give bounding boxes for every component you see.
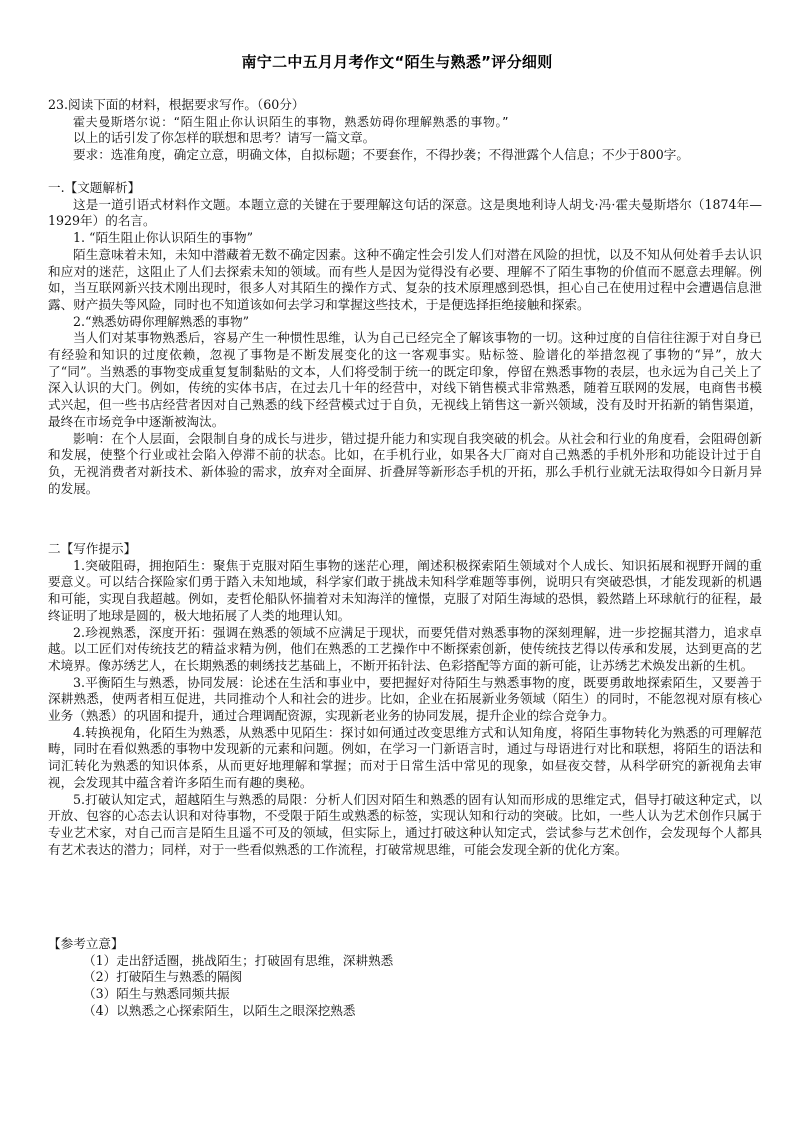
- reference-theme-3: （3）陌生与熟悉同频共振: [48, 986, 762, 1003]
- writing-tip-5: 5.打破认知定式，超越陌生与熟悉的局限：分析人们因对陌生和熟悉的固有认知而形成的…: [48, 792, 762, 859]
- question-followup: 以上的话引发了你怎样的联想和思考？请写一篇文章。: [48, 130, 762, 147]
- question-prompt: 23.阅读下面的材料，根据要求写作。（60分）: [48, 97, 762, 114]
- writing-tip-1: 1.突破阻碍，拥抱陌生：聚焦于克服对陌生事物的迷茫心理，阐述积极探索陌生领域对个…: [48, 558, 762, 625]
- analysis-sub2-title: 2.“熟悉妨碍你理解熟悉的事物”: [48, 314, 762, 331]
- reference-theme-4: （4）以熟悉之心探索陌生，以陌生之眼深挖熟悉: [48, 1003, 762, 1020]
- section-writing-tips: 二【写作提示】 1.突破阻碍，拥抱陌生：聚焦于克服对陌生事物的迷茫心理，阐述积极…: [48, 541, 762, 858]
- analysis-sub2-body: 当人们对某事物熟悉后，容易产生一种惯性思维，认为自己已经完全了解该事物的一切。这…: [48, 330, 762, 430]
- analysis-sub1-title: 1. “陌生阻止你认识陌生的事物”: [48, 230, 762, 247]
- question-quote: 霍夫曼斯塔尔说：“陌生阻止你认识陌生的事物，熟悉妨碍你理解熟悉的事物。”: [48, 114, 762, 131]
- writing-tip-3: 3.平衡陌生与熟悉，协同发展：论述在生活和事业中，要把握好对待陌生与熟悉事物的度…: [48, 675, 762, 725]
- document-title: 南宁二中五月月考作文“陌生与熟悉”评分细则: [0, 51, 794, 72]
- section-analysis-heading: 一.【文题解析】: [48, 180, 762, 197]
- reference-theme-1: （1）走出舒适圈，挑战陌生；打破固有思维，深耕熟悉: [48, 953, 762, 970]
- section-analysis: 一.【文题解析】 这是一道引语式材料作文题。本题立意的关键在于要理解这句话的深意…: [48, 180, 762, 497]
- writing-tip-2: 2.珍视熟悉，深度开拓：强调在熟悉的领域不应满足于现状，而要凭借对熟悉事物的深刻…: [48, 625, 762, 675]
- reference-theme-2: （2）打破陌生与熟悉的隔阂: [48, 969, 762, 986]
- writing-tip-4: 4.转换视角，化陌生为熟悉，从熟悉中见陌生：探讨如何通过改变思维方式和认知角度，…: [48, 725, 762, 792]
- analysis-intro: 这是一道引语式材料作文题。本题立意的关键在于要理解这句话的深意。这是奥地利诗人胡…: [48, 197, 762, 230]
- section-reference-themes: 【参考立意】 （1）走出舒适圈，挑战陌生；打破固有思维，深耕熟悉 （2）打破陌生…: [48, 936, 762, 1020]
- question-requirements: 要求：选准角度，确定立意，明确文体，自拟标题；不要套作，不得抄袭；不得泄露个人信…: [48, 147, 762, 164]
- analysis-sub1-body: 陌生意味着未知，未知中潜藏着无数不确定因素。这种不确定性会引发人们对潜在风险的担…: [48, 247, 762, 314]
- section-reference-heading: 【参考立意】: [48, 936, 762, 953]
- question-block: 23.阅读下面的材料，根据要求写作。（60分） 霍夫曼斯塔尔说：“陌生阻止你认识…: [48, 97, 762, 164]
- section-tips-heading: 二【写作提示】: [48, 541, 762, 558]
- analysis-impact: 影响：在个人层面，会限制自身的成长与进步，错过提升能力和实现自我突破的机会。从社…: [48, 431, 762, 498]
